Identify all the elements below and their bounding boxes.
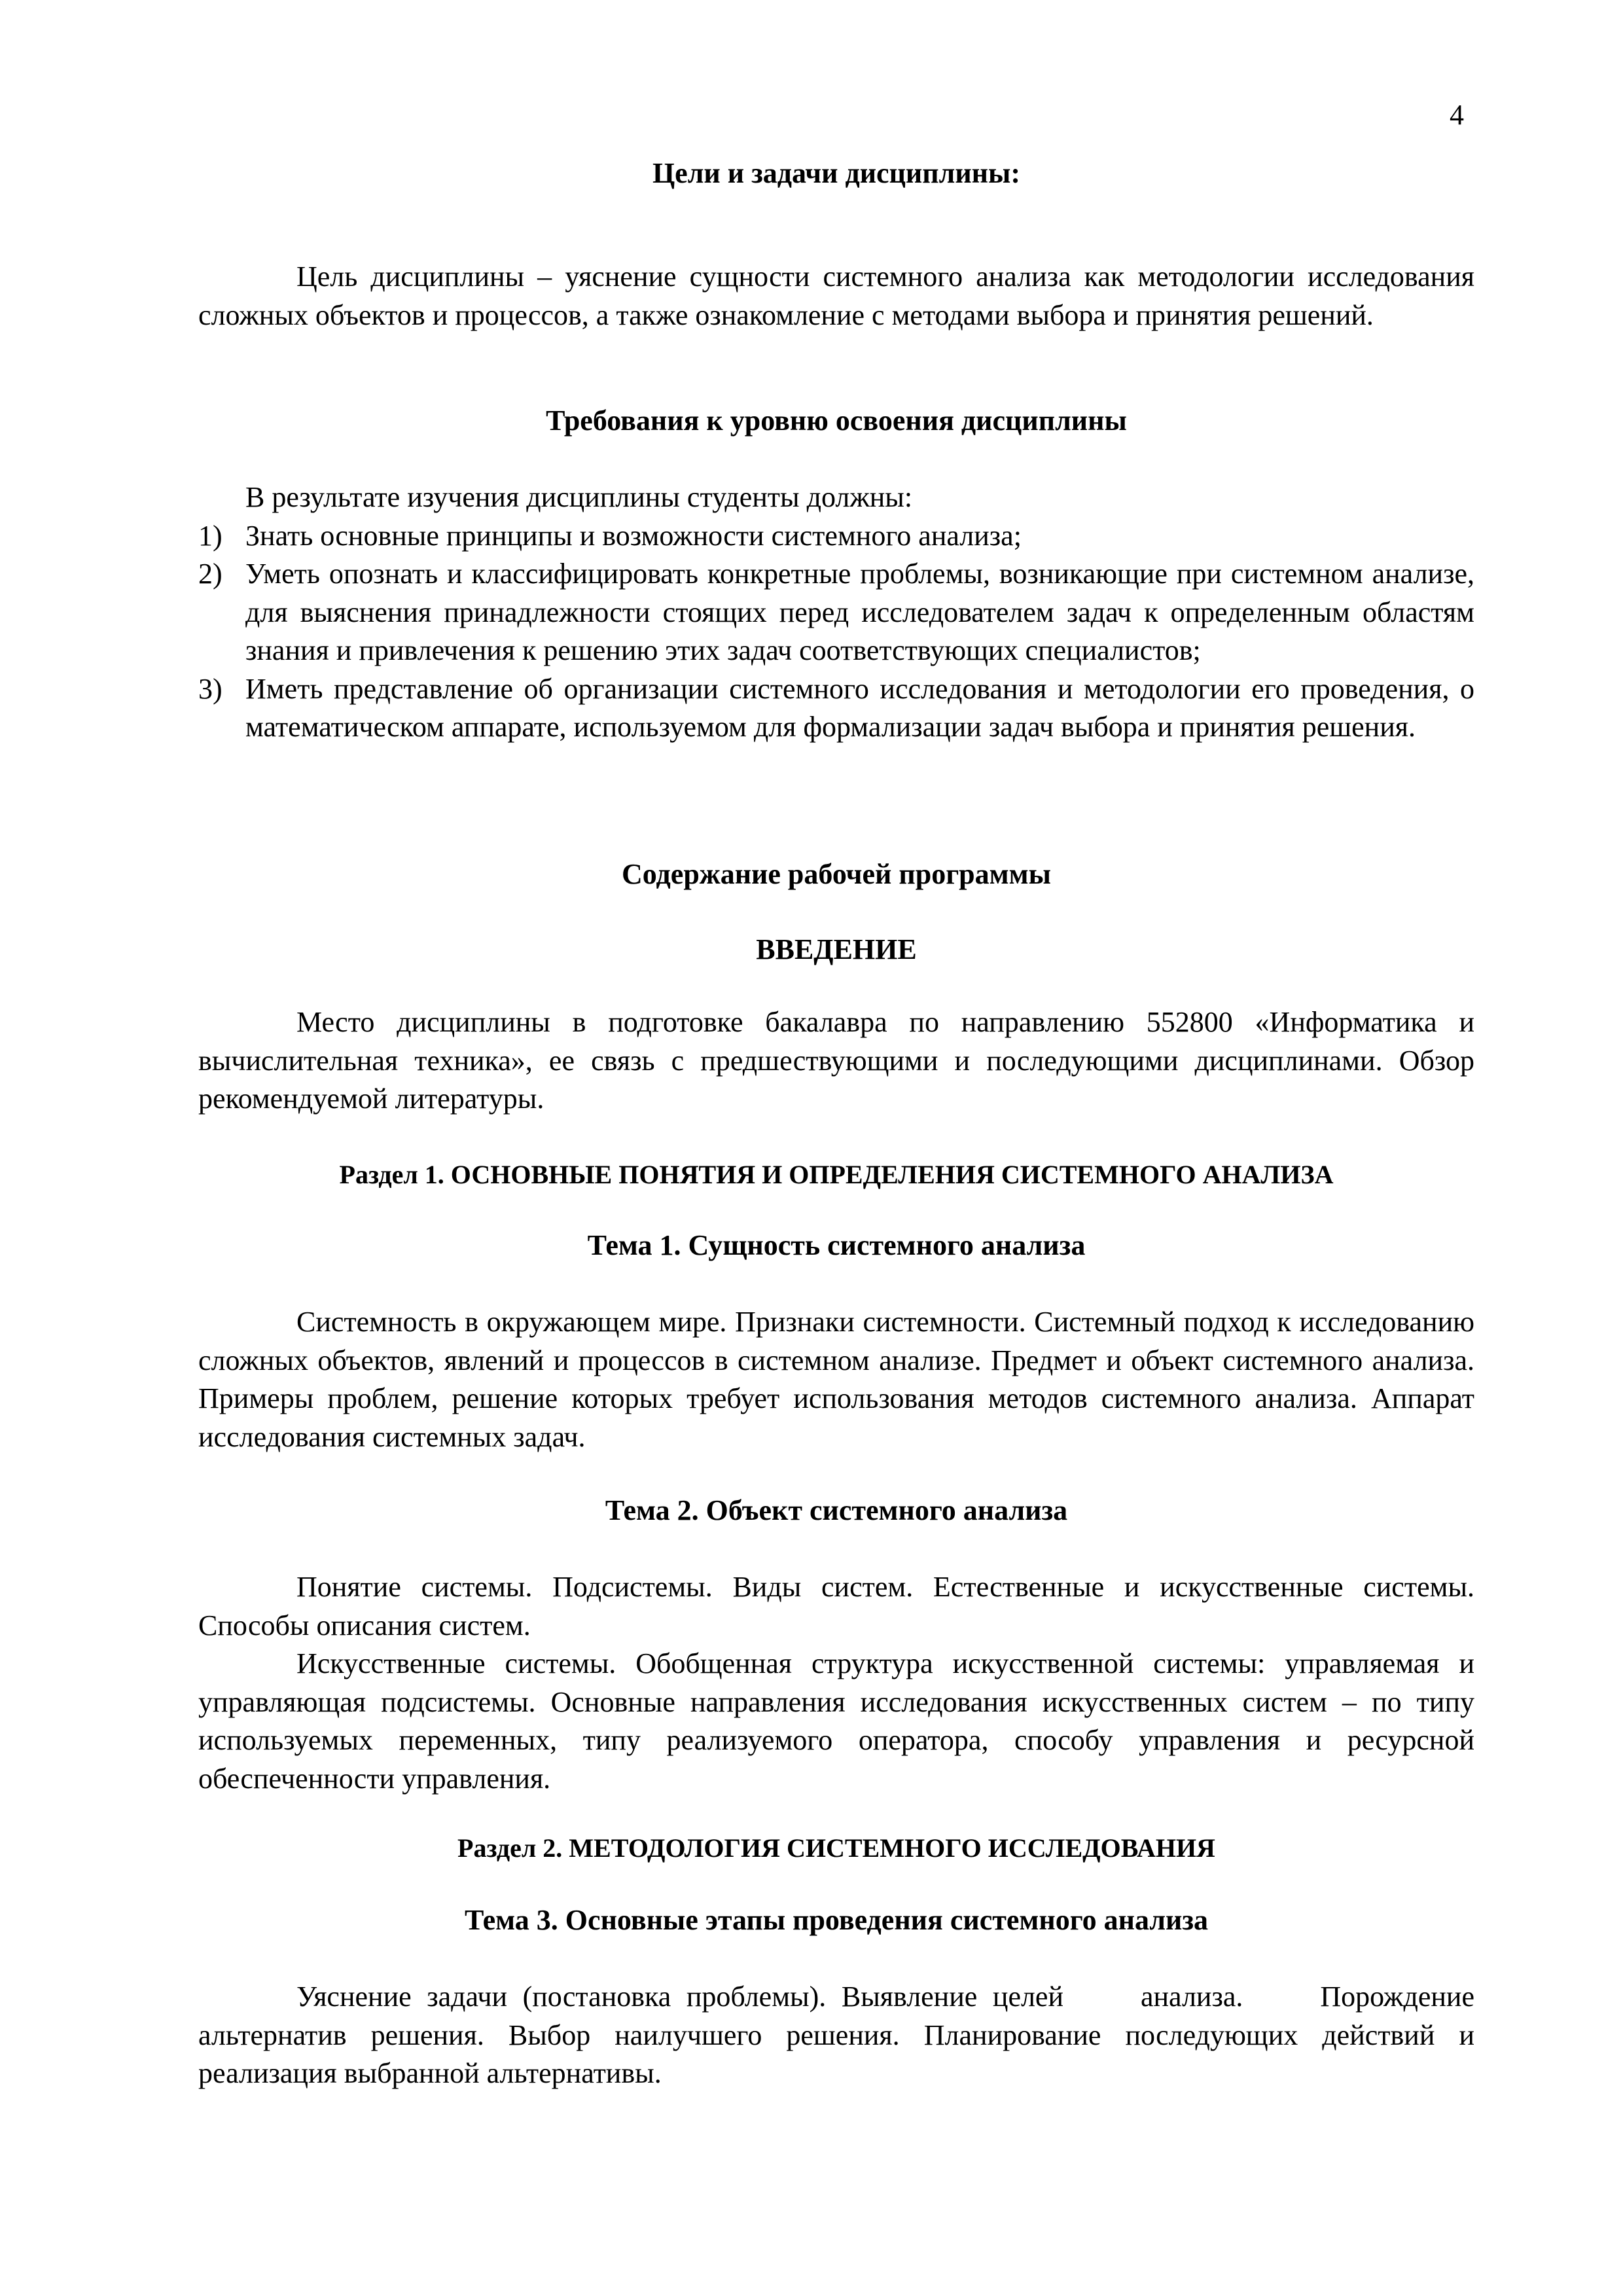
list-item-text: Иметь представление об организации систе… — [245, 673, 1474, 744]
topic-2-heading: Тема 2. Объект системного анализа — [198, 1492, 1474, 1530]
topic-1-heading: Тема 1. Сущность системного анализа — [198, 1227, 1474, 1265]
topic-3-paragraph: Уяснение задачи (постановка проблемы). В… — [198, 1978, 1474, 2093]
intro-paragraph: Место дисциплины в подготовке бакалавра … — [198, 1003, 1474, 1119]
topic-2-paragraph-2: Искусственные системы. Обобщенная структ… — [198, 1645, 1474, 1798]
requirements-block: В результате изучения дисциплины студент… — [198, 478, 1474, 747]
topic-1-paragraph: Системность в окружающем мире. Признаки … — [198, 1303, 1474, 1456]
topic-2-body: Понятие системы. Подсистемы. Виды систем… — [198, 1568, 1474, 1798]
list-item-number: 2) — [198, 555, 223, 594]
topic-2-paragraph-1: Понятие системы. Подсистемы. Виды систем… — [198, 1568, 1474, 1645]
content-heading: Содержание рабочей программы — [198, 855, 1474, 893]
section-1-heading: Раздел 1. ОСНОВНЫЕ ПОНЯТИЯ И ОПРЕДЕЛЕНИЯ… — [198, 1156, 1474, 1194]
page-number: 4 — [1450, 98, 1464, 132]
list-item-text: Знать основные принципы и возможности си… — [245, 520, 1022, 552]
list-item: 3) Иметь представление об организации си… — [198, 670, 1474, 747]
section-2-heading: Раздел 2. МЕТОДОЛОГИЯ СИСТЕМНОГО ИССЛЕДО… — [198, 1829, 1474, 1867]
topic-3-heading: Тема 3. Основные этапы проведения систем… — [198, 1901, 1474, 1939]
goals-heading: Цели и задачи дисциплины: — [198, 154, 1474, 192]
list-item: 2) Уметь опознать и классифицировать кон… — [198, 555, 1474, 670]
requirements-list: 1) Знать основные принципы и возможности… — [198, 517, 1474, 747]
list-item-number: 3) — [198, 670, 223, 709]
intro-heading: ВВЕДЕНИЕ — [198, 931, 1474, 969]
goals-paragraph: Цель дисциплины – уяснение сущности сист… — [198, 258, 1474, 334]
list-item-number: 1) — [198, 517, 223, 556]
requirements-intro: В результате изучения дисциплины студент… — [198, 478, 1474, 517]
list-item: 1) Знать основные принципы и возможности… — [198, 517, 1474, 556]
requirements-heading: Требования к уровню освоения дисциплины — [198, 402, 1474, 440]
list-item-text: Уметь опознать и классифицировать конкре… — [245, 558, 1474, 666]
